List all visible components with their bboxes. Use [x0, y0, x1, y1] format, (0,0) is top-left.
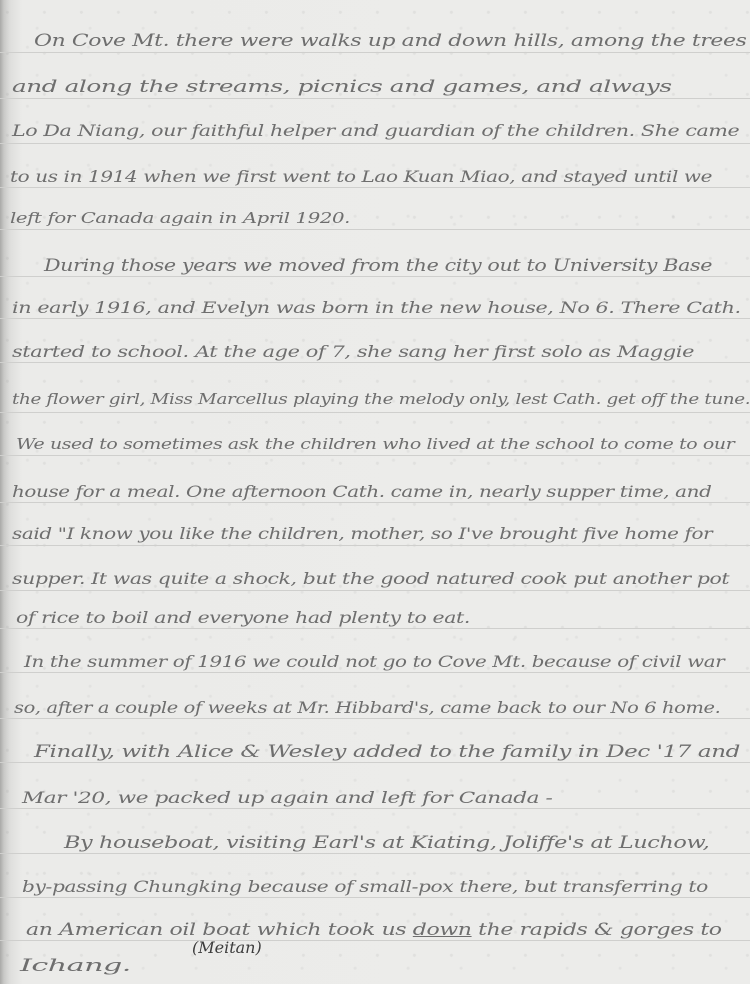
ruled-line: [0, 455, 750, 456]
ruled-line: [0, 672, 750, 673]
text-line: house for a meal. One afternoon Cath. ca…: [12, 482, 711, 501]
ruled-line: [0, 318, 750, 319]
text-line: said "I know you like the children, moth…: [12, 525, 712, 543]
text-line: in early 1916, and Evelyn was born in th…: [12, 298, 741, 317]
ruled-line: [0, 590, 750, 591]
margin-annotation: (Meitan): [192, 938, 262, 957]
ruled-line: [0, 897, 750, 898]
ruled-line: [0, 276, 750, 277]
text-line: By houseboat, visiting Earl's at Kiating…: [64, 833, 709, 852]
text-line: to us in 1914 when we first went to Lao …: [10, 167, 712, 186]
ruled-line: [0, 545, 750, 546]
text-line: an American oil boat which took us down …: [26, 920, 722, 940]
text-line: During those years we moved from the cit…: [44, 256, 712, 275]
ruled-line: [0, 762, 750, 763]
text-line: supper. It was quite a shock, but the go…: [12, 570, 729, 588]
text-line: Ichang.: [20, 956, 131, 976]
text-segment: an American oil boat which took us: [26, 920, 413, 940]
ruled-line: [0, 143, 750, 144]
ruled-line: [0, 98, 750, 99]
ruled-line: [0, 229, 750, 230]
text-line: and along the streams, picnics and games…: [12, 77, 672, 96]
ruled-line: [0, 853, 750, 854]
text-line: left for Canada again in April 1920.: [10, 209, 350, 227]
text-line: the flower girl, Miss Marcellus playing …: [12, 392, 750, 408]
text-segment: the rapids & gorges to: [472, 920, 722, 940]
ruled-line: [0, 628, 750, 629]
text-line: Lo Da Niang, our faithful helper and gua…: [12, 122, 739, 140]
text-line: On Cove Mt. there were walks up and down…: [34, 31, 746, 51]
ruled-line: [0, 940, 750, 941]
text-line: We used to sometimes ask the children wh…: [16, 435, 734, 453]
text-line: so, after a couple of weeks at Mr. Hibba…: [14, 698, 720, 717]
ruled-line: [0, 718, 750, 719]
ruled-line: [0, 808, 750, 809]
ruled-line: [0, 187, 750, 188]
underlined-word: down: [413, 920, 472, 940]
text-line: In the summer of 1916 we could not go to…: [24, 652, 724, 671]
ruled-line: [0, 412, 750, 413]
ruled-line: [0, 52, 750, 53]
text-line: Mar '20, we packed up again and left for…: [22, 788, 552, 807]
text-line: of rice to boil and everyone had plenty …: [16, 608, 470, 627]
ruled-line: [0, 502, 750, 503]
text-line: Finally, with Alice & Wesley added to th…: [34, 742, 740, 762]
scanned-page: On Cove Mt. there were walks up and down…: [0, 0, 750, 984]
text-line: by-passing Chungking because of small-po…: [22, 877, 708, 896]
ruled-line: [0, 362, 750, 363]
text-line: started to school. At the age of 7, she …: [12, 342, 694, 361]
